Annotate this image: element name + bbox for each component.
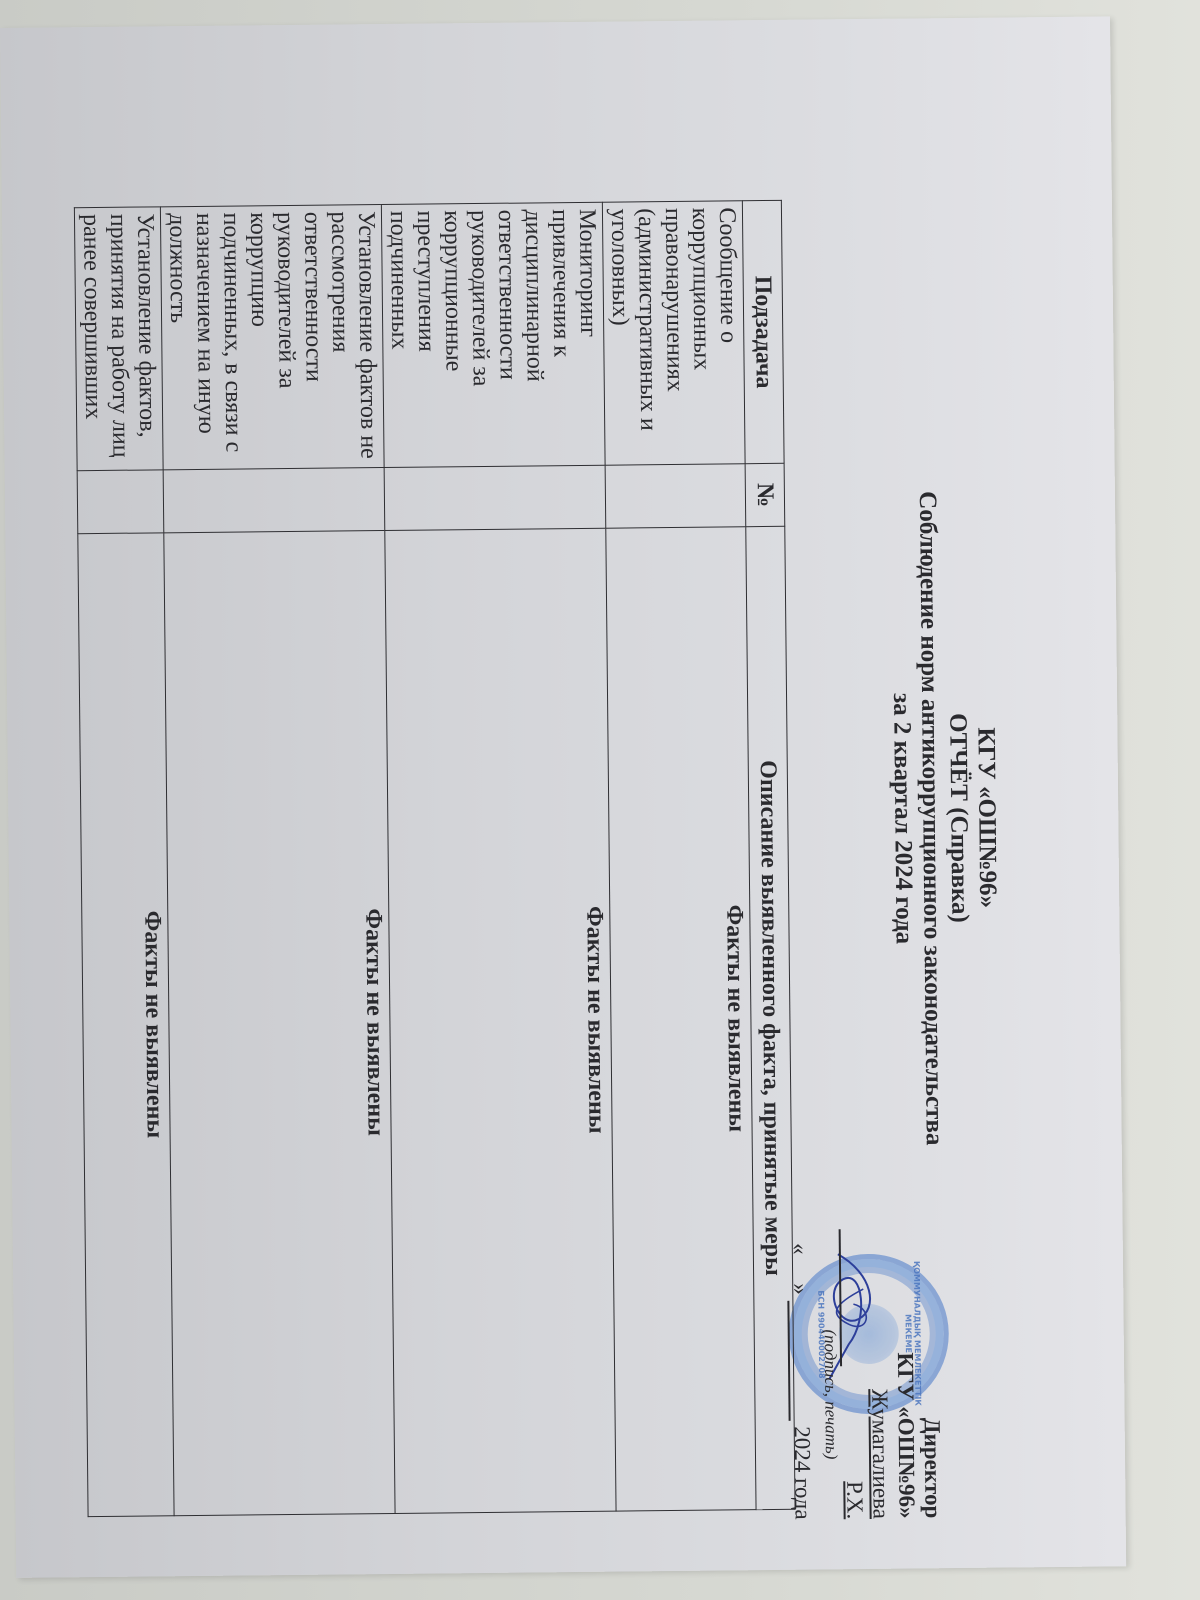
signature-caption: (подпись, печать)	[819, 1269, 842, 1519]
rotated-document: КГУ «ОШ№96» ОТЧЁТ (Справка) Соблюдение н…	[72, 167, 1096, 1558]
approver-name: Жумагалиева Р.Х.	[840, 1370, 894, 1519]
table-row: Установление фактов, принятия на работу …	[74, 207, 174, 1517]
header-subtask: Подзадача	[742, 200, 784, 463]
approval-block: Директор КГУ «ОШ№96» Жумагалиева Р.Х. (п…	[787, 1228, 946, 1520]
cell-number	[163, 468, 385, 533]
approver-position: Директор	[917, 1228, 946, 1518]
header-number: №	[745, 463, 785, 526]
approver-organization: КГУ «ОШ№96»	[891, 1228, 920, 1518]
table-row: Установление фактов не рассмотрения отве…	[160, 205, 395, 1516]
cell-description: Факты не выявлены	[164, 530, 395, 1515]
cell-number	[605, 464, 746, 528]
document-header: КГУ «ОШ№96» ОТЧЁТ (Справка) Соблюдение н…	[942, 167, 1096, 1548]
cell-subtask: Установление фактов не рассмотрения отве…	[160, 205, 384, 470]
table-row: Мониторинг привлечения к дисциплинарной …	[381, 202, 616, 1513]
cell-description: Факты не выявлены	[78, 533, 174, 1517]
cell-description: Факты не выявлены	[385, 528, 616, 1513]
signature-blank	[839, 1229, 862, 1366]
table-row: Сообщение о коррупционных правонарушения…	[602, 201, 756, 1511]
report-table: Подзадача № Описание выявленного факта, …	[74, 200, 796, 1517]
cell-subtask: Мониторинг привлечения к дисциплинарной …	[381, 202, 605, 467]
cell-description: Факты не выявлены	[606, 527, 756, 1511]
cell-number	[384, 465, 606, 530]
signature-line: Жумагалиева Р.Х.	[839, 1229, 894, 1520]
cell-number	[77, 470, 164, 534]
document-title-block: КГУ «ОШ№96» ОТЧЁТ (Справка) Соблюдение н…	[885, 488, 1004, 1149]
cell-subtask: Установление фактов, принятия на работу …	[74, 207, 163, 471]
cell-subtask: Сообщение о коррупционных правонарушения…	[602, 201, 745, 465]
paper-sheet: КГУ «ОШ№96» ОТЧЁТ (Справка) Соблюдение н…	[0, 16, 1126, 1578]
